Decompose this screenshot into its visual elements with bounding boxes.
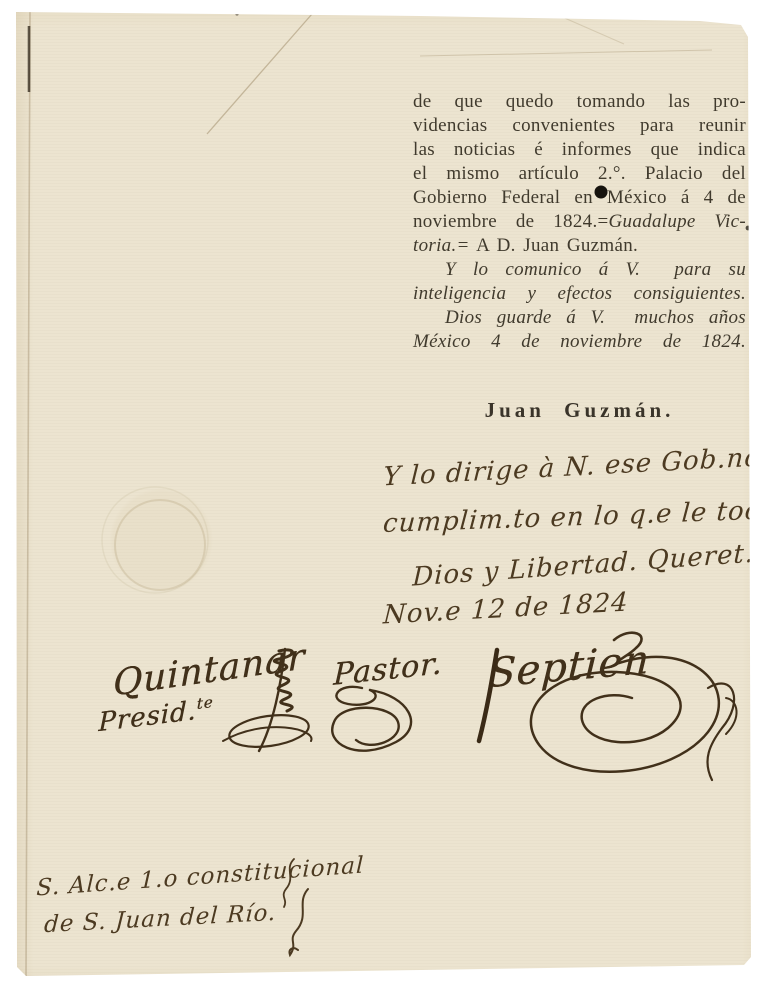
pen-stroke-descender [470, 645, 510, 750]
document-page: de que quedo tomando las pro- videncias … [0, 0, 768, 1000]
pastor-rubric-flourish-icon [318, 678, 438, 773]
printed-line-text-italic: Dios guarde á V. muchos años [445, 307, 746, 328]
printed-line-text: A D. Juan Guzmán. [470, 235, 638, 256]
printed-line: noviembre de 1824.=Guadalupe Vic- [413, 210, 746, 234]
printed-line-text-italic: toria.= [413, 235, 470, 256]
printed-line-text: videncias convenientes para reunir [413, 115, 746, 136]
printed-line-text-italic: inteligencia y efectos consiguientes. [413, 283, 746, 304]
footer-note-line-2: de S. Juan del Río. [43, 900, 277, 938]
printed-line-text-italic: Guadalupe Vic- [609, 211, 746, 232]
printed-line-text: noviembre de 1824.= [413, 211, 609, 232]
printed-line-text: las noticias é informes que indica [413, 139, 746, 160]
printed-line-text: Gobierno Federal en México á 4 de [413, 187, 746, 208]
quintanar-rubric-flourish-icon [215, 645, 325, 755]
septien-rubric-flourish-icon [512, 628, 747, 793]
printed-line: de que quedo tomando las pro- [413, 90, 746, 114]
printed-line: inteligencia y efectos consiguientes. [413, 282, 746, 306]
printed-line-text: de que quedo tomando las pro- [413, 91, 746, 112]
printed-line-text: el mismo artículo 2.°. Palacio del [413, 163, 746, 184]
manuscript-line-3: Dios y Libertad. Queret.o [412, 537, 768, 592]
printed-line: Y lo comunico á V. para su [413, 258, 746, 282]
manuscript-line-1: Y lo dirige à N. ese Gob.no p.a su [383, 438, 768, 493]
diagonal-crease [207, 14, 312, 134]
printed-line-text-italic: Y lo comunico á V. para su [445, 259, 746, 280]
paper-speck [235, 12, 238, 15]
manuscript-line-4: Nov.e 12 de 1824 [382, 588, 629, 631]
printed-line-text-italic: México 4 de noviembre de 1824. [413, 331, 746, 352]
left-fold-line [26, 12, 30, 976]
scan-background: de que quedo tomando las pro- videncias … [0, 0, 768, 1000]
presidente-superscript: te [197, 693, 214, 713]
manuscript-line-2: cumplim.to en lo q.e le toca. [382, 495, 768, 539]
footer-brace-marks-icon [262, 855, 317, 965]
horizontal-crease [420, 50, 712, 56]
printed-line: videncias convenientes para reunir [413, 114, 746, 138]
printed-signature-name: Juan Guzmán. [413, 398, 746, 423]
circular-stain [115, 500, 205, 590]
ink-speck [746, 226, 751, 231]
printed-line: toria.= A D. Juan Guzmán. [413, 234, 746, 258]
printed-line: México 4 de noviembre de 1824. [413, 330, 746, 354]
corner-crease [560, 16, 624, 44]
printed-line: el mismo artículo 2.°. Palacio del [413, 162, 746, 186]
printed-line: Dios guarde á V. muchos años [413, 306, 746, 330]
printed-line: Gobierno Federal en México á 4 de [413, 186, 746, 210]
printed-line: las noticias é informes que indica [413, 138, 746, 162]
printed-text-block: de que quedo tomando las pro- videncias … [413, 90, 746, 354]
